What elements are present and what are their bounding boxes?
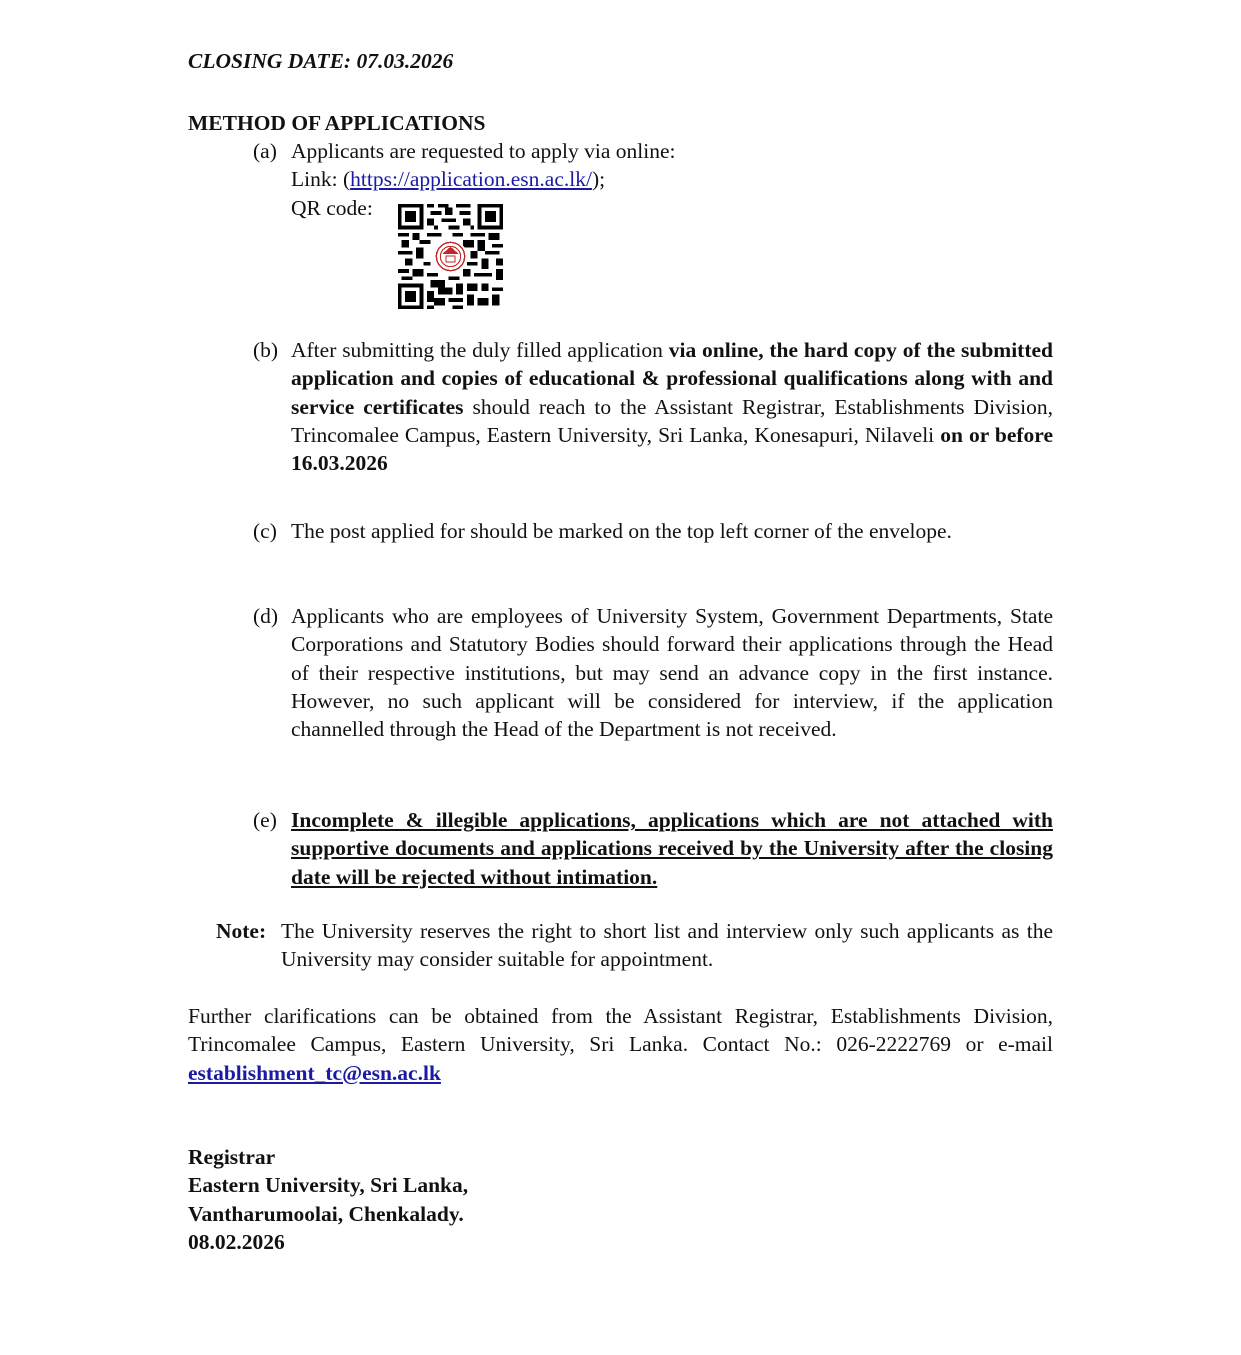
item-c-text: The post applied for should be marked on… bbox=[291, 517, 1053, 545]
item-b-text: After submitting the duly filled applica… bbox=[291, 336, 1053, 477]
item-a-link-line: Link: (https://application.esn.ac.lk/); bbox=[291, 165, 1053, 193]
signature-address: Vantharumoolai, Chenkalady. bbox=[188, 1200, 468, 1228]
item-a-line1: Applicants are requested to apply via on… bbox=[291, 137, 1053, 165]
signature-title: Registrar bbox=[188, 1143, 468, 1171]
item-e-text: Incomplete & illegible applications, app… bbox=[291, 806, 1053, 891]
email-link[interactable]: establishment_tc@esn.ac.lk bbox=[188, 1061, 441, 1085]
further-clarifications: Further clarifications can be obtained f… bbox=[188, 1002, 1053, 1087]
item-label: (c) bbox=[253, 517, 291, 545]
item-d-text: Applicants who are employees of Universi… bbox=[291, 602, 1053, 743]
signature-institution: Eastern University, Sri Lanka, bbox=[188, 1171, 468, 1199]
item-label: (b) bbox=[253, 336, 291, 364]
item-label: (d) bbox=[253, 602, 291, 630]
note-text: The University reserves the right to sho… bbox=[281, 917, 1053, 974]
item-label: (a) bbox=[253, 137, 291, 165]
section-heading: METHOD OF APPLICATIONS bbox=[188, 109, 485, 137]
closing-date: CLOSING DATE: 07.03.2026 bbox=[188, 47, 453, 75]
signature-block: Registrar Eastern University, Sri Lanka,… bbox=[188, 1143, 468, 1256]
signature-date: 08.02.2026 bbox=[188, 1228, 468, 1256]
application-link[interactable]: https://application.esn.ac.lk/ bbox=[350, 167, 592, 191]
item-label: (e) bbox=[253, 806, 291, 834]
qr-code-icon[interactable] bbox=[398, 204, 503, 309]
note-label: Note: bbox=[216, 917, 266, 945]
